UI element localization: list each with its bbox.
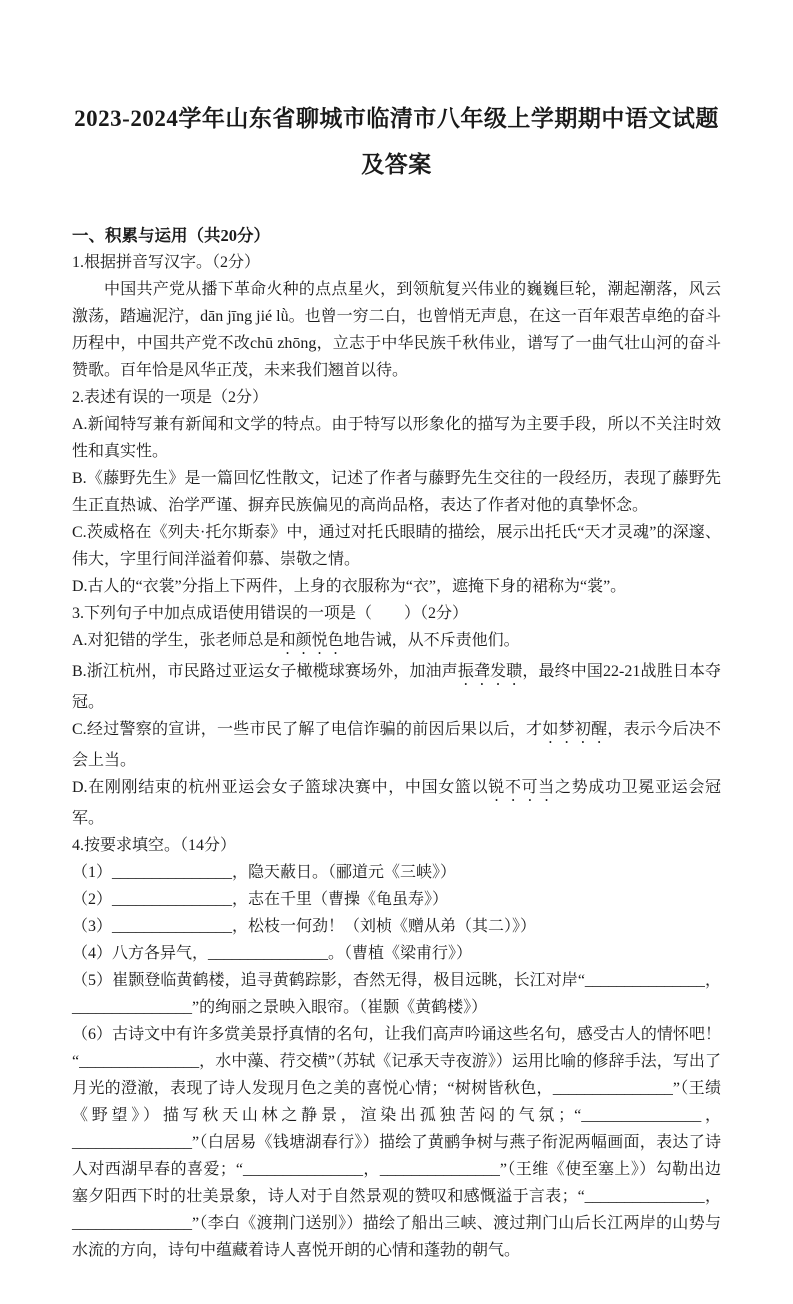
question3-stem: 3.下列句子中加点成语使用错误的一项是（ ）（2分） — [72, 600, 721, 627]
question4-item-1: （1）_______________，隐天蔽日。（郦道元《三峡》） — [72, 859, 721, 886]
question2-stem: 2.表述有误的一项是（2分） — [72, 384, 721, 411]
question4-item-4: （4）八方各异气，_______________。（曹植《梁甫行》） — [72, 940, 721, 967]
question3-option-b: B.浙江杭州，市民路过亚运女子橄榄球赛场外，加油声振聋发聩，最终中国22-21战… — [72, 658, 721, 716]
question4-item-3: （3）_______________，松枝一何劲！（刘桢《赠从弟（其二）》） — [72, 913, 721, 940]
question2-option-d: D.古人的“衣裳”分指上下两件，上身的衣服称为“衣”，遮掩下身的裙称为“裳”。 — [72, 573, 721, 600]
question3-option-d: D.在刚刚结束的杭州亚运会女子篮球决赛中，中国女篮以锐不可当之势成功卫冕亚运会冠… — [72, 774, 721, 832]
question3-option-c: C.经过警察的宣讲，一些市民了解了电信诈骗的前因后果以后，才如梦初醒，表示今后决… — [72, 716, 721, 774]
document-page: 2023-2024学年山东省聊城市临清市八年级上学期期中语文试题及答案 一、积累… — [0, 0, 793, 1304]
question1-stem: 1.根据拼音写汉字。（2分） — [72, 249, 721, 276]
question2-option-a: A.新闻特写兼有新闻和文学的特点。由于特写以形象化的描写为主要手段，所以不关注时… — [72, 411, 721, 465]
question1-passage: 中国共产党从播下革命火种的点点星火，到领航复兴伟业的巍巍巨轮，潮起潮落，风云激荡… — [72, 276, 721, 384]
question2-option-b: B.《藤野先生》是一篇回忆性散文，记述了作者与藤野先生交往的一段经历，表现了藤野… — [72, 465, 721, 519]
question4-item-5: （5）崔颢登临黄鹤楼，追寻黄鹤踪影，杳然无得，极目远眺，长江对岸“_______… — [72, 967, 721, 1021]
question4-item-2: （2）_______________，志在千里（曹操《龟虽寿》） — [72, 886, 721, 913]
section-heading-accumulation: 一、积累与运用（共20分） — [72, 222, 721, 249]
question4-item-6: （6）古诗文中有许多赏美景抒真情的名句，让我们高声吟诵这些名句，感受古人的情怀吧… — [72, 1021, 721, 1264]
question3-option-a: A.对犯错的学生，张老师总是和颜悦色地告诫，从不斥责他们。 — [72, 627, 721, 658]
document-title: 2023-2024学年山东省聊城市临清市八年级上学期期中语文试题及答案 — [72, 96, 721, 188]
question4-stem: 4.按要求填空。（14分） — [72, 832, 721, 859]
question2-option-c: C.茨威格在《列夫·托尔斯泰》中，通过对托氏眼睛的描绘，展示出托氏“天才灵魂”的… — [72, 519, 721, 573]
